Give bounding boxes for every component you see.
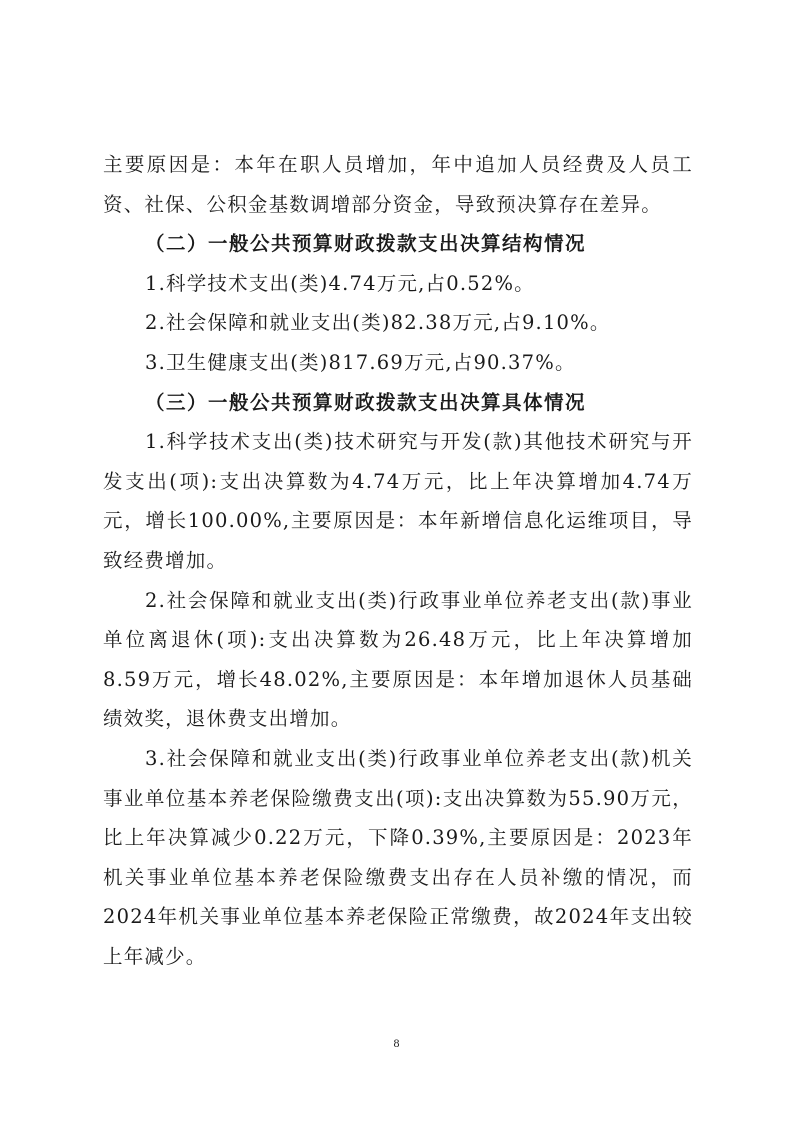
paragraph-reason-continued: 主要原因是：本年在职人员增加，年中追加人员经费及人员工资、社保、公积金基数调增部… bbox=[103, 145, 693, 224]
section-heading-3: （三）一般公共预算财政拨款支出决算具体情况 bbox=[103, 383, 693, 423]
section-heading-2: （二）一般公共预算财政拨款支出决算结构情况 bbox=[103, 224, 693, 264]
structure-item-2: 2.社会保障和就业支出(类)82.38万元,占9.10%。 bbox=[103, 303, 693, 343]
structure-item-3: 3.卫生健康支出(类)817.69万元,占90.37%。 bbox=[103, 343, 693, 383]
page-number: 8 bbox=[0, 1036, 793, 1051]
detail-item-3: 3.社会保障和就业支出(类)行政事业单位养老支出(款)机关事业单位基本养老保险缴… bbox=[103, 739, 693, 977]
detail-item-2: 2.社会保障和就业支出(类)行政事业单位养老支出(款)事业单位离退休(项):支出… bbox=[103, 581, 693, 739]
detail-item-1: 1.科学技术支出(类)技术研究与开发(款)其他技术研究与开发支出(项):支出决算… bbox=[103, 422, 693, 580]
structure-item-1: 1.科学技术支出(类)4.74万元,占0.52%。 bbox=[103, 264, 693, 304]
document-body: 主要原因是：本年在职人员增加，年中追加人员经费及人员工资、社保、公积金基数调增部… bbox=[103, 145, 693, 976]
